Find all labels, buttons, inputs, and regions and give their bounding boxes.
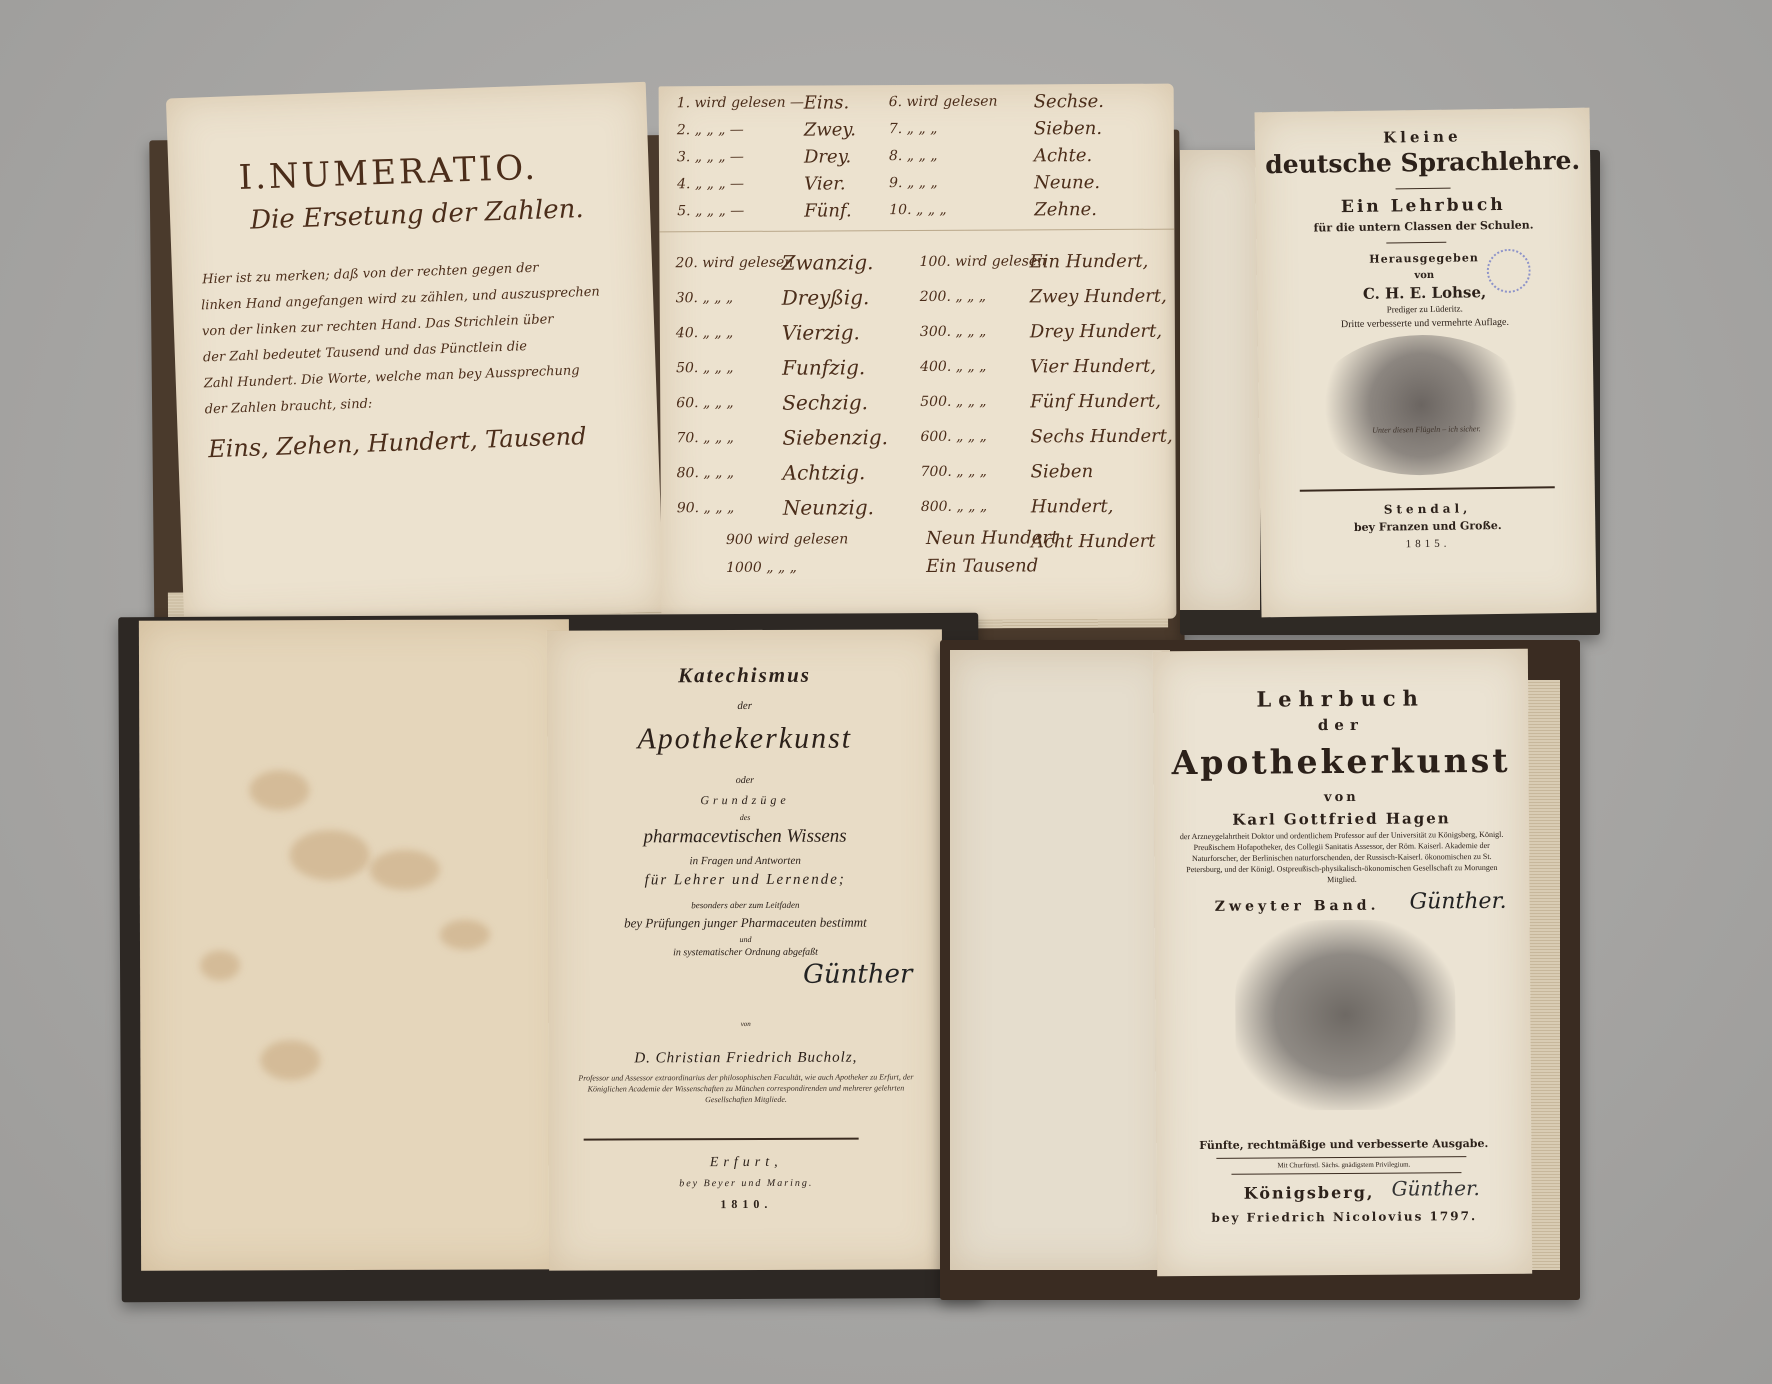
sprachlehre-title-page: Kleine deutsche Sprachlehre. Ein Lehrbuc… (1254, 108, 1596, 618)
rule (1386, 242, 1446, 244)
num-word: Vier Hundert, (1030, 349, 1175, 385)
num-word: Zwey Hundert, (1030, 279, 1175, 315)
katechismus-ordnung: in systematischer Ordnung abgefaßt (548, 946, 943, 958)
lehrbuch-publisher-year: bey Friedrich Nicolovius 1797. (1157, 1209, 1532, 1226)
katechismus-title-page: Katechismus der Apothekerkunst oder Grun… (547, 629, 944, 1270)
sprachlehre-von: von (1257, 268, 1592, 284)
lehrbuch-von: von (1154, 789, 1529, 807)
num-label: 6. wird gelesen (889, 89, 998, 117)
sprachlehre-edited: Herausgegeben (1256, 250, 1591, 268)
gunther-signature: Günther (803, 959, 912, 989)
num-label: 70. „ „ „ (676, 421, 794, 457)
katechismus-author: D. Christian Friedrich Bucholz, (548, 1049, 943, 1067)
num-word: Neunzig. (783, 490, 889, 526)
num-label: 200. „ „ „ (920, 279, 1047, 315)
num-label: 1000 „ „ „ (726, 553, 848, 582)
num-word: Zehne. (1034, 196, 1104, 223)
tens-numbers: 20. wird gelesen 30. „ „ „ 40. „ „ „ 50.… (675, 246, 794, 527)
num-word: Achte. (1034, 142, 1104, 169)
num-word: Ein Tausend (926, 552, 1058, 581)
lehrbuch-author-desc: der Arzneygelahrtheit Doktor und ordentl… (1154, 829, 1529, 887)
lehrbuch-edition: Fünfte, rechtmäßige und verbesserte Ausg… (1156, 1137, 1531, 1153)
katechismus-title: Katechismus (547, 662, 942, 688)
lehrbuch-title: Lehrbuch (1153, 685, 1528, 713)
num-label: 600. „ „ „ (920, 419, 1047, 455)
manuscript-body-line: der Zahlen braucht, sind: (205, 397, 373, 418)
num-label: 60. „ „ „ (676, 386, 794, 422)
foxing-stain (290, 830, 370, 880)
katechismus-flyleaf (139, 619, 571, 1270)
katechismus-besonders: besonders aber zum Leitfaden (548, 899, 943, 910)
num-word: Ein Hundert, (1029, 244, 1174, 280)
gunther-signature: Günther. (1409, 889, 1506, 915)
num-word: Vier. (804, 170, 856, 197)
num-label: 40. „ „ „ (676, 316, 794, 352)
units2-numbers: 6. wird gelesen 7. „ „ „ 8. „ „ „ 9. „ „… (889, 89, 999, 225)
num-word: Neune. (1034, 169, 1104, 196)
num-label: 100. wird gelesen (919, 244, 1046, 280)
num-word: Eins. (804, 89, 856, 116)
tens-words: Zwanzig. Dreyßig. Vierzig. Funfzig. Sech… (781, 245, 888, 526)
katechismus-pruefungen: bey Prüfungen junger Pharmaceuten bestim… (548, 914, 943, 931)
eagle-vignette-image (1313, 334, 1530, 477)
sprachlehre-author-role: Prediger zu Lüderitz. (1257, 302, 1592, 317)
num-label: 900 wird gelesen (726, 525, 848, 554)
katechismus-year: 1810. (549, 1196, 944, 1212)
sprachlehre-left-leaf (1180, 150, 1260, 610)
num-label: 2. „ „ „ — (677, 117, 804, 145)
manuscript-key-words: Eins, Zehen, Hundert, Tausend (208, 422, 587, 463)
num-word: Achtzig. (783, 455, 889, 491)
num-word: Neun Hundert (926, 524, 1058, 553)
sprachlehre-title: deutsche Sprachlehre. (1255, 146, 1590, 180)
rule (1216, 1156, 1466, 1159)
num-word: Drey Hundert, (1030, 314, 1175, 350)
num-label: 50. „ „ „ (676, 351, 794, 387)
manuscript-body-line: Hier ist zu merken; daß von der rechten … (202, 261, 539, 288)
num-label: 10. „ „ „ (889, 197, 998, 225)
units-numbers: 1. wird gelesen — 2. „ „ „ — 3. „ „ „ — … (677, 90, 805, 226)
manuscript-body-line: von der linken zur rechten Hand. Das Str… (202, 312, 554, 339)
gunther-signature-2: Günther. (1391, 1176, 1479, 1201)
sprachlehre-subtitle: Ein Lehrbuch (1256, 194, 1591, 219)
manuscript-right-page: 1. wird gelesen — 2. „ „ „ — 3. „ „ „ — … (659, 84, 1177, 622)
foxing-stain (200, 950, 240, 980)
katechismus-grundzuege: Grundzüge (547, 792, 942, 808)
num-word: Drey. (804, 143, 856, 170)
num-word: Zwanzig. (781, 245, 887, 281)
katechismus-city: Erfurt, (549, 1154, 944, 1171)
sprachlehre-line1: Kleine (1255, 126, 1590, 149)
katechismus-publisher: bey Beyer und Maring. (549, 1177, 944, 1189)
units-words: Eins. Zwey. Drey. Vier. Fünf. (804, 89, 857, 224)
extra-words: Neun Hundert Ein Tausend (926, 524, 1059, 581)
sprachlehre-author: C. H. E. Lohse, (1257, 282, 1592, 305)
katechismus-oder: oder (547, 774, 942, 786)
sprachlehre-publisher: bey Franzen und Große. (1260, 518, 1595, 536)
num-word: Siebenzig. (782, 420, 888, 456)
sprachlehre-city: Stendal, (1260, 500, 1595, 519)
lehrbuch-der: der (1153, 715, 1528, 736)
num-word: Zwey. (804, 116, 856, 143)
num-word: Sechs Hundert, (1030, 419, 1175, 455)
num-label: 700. „ „ „ (921, 454, 1048, 490)
katechismus-der: der (547, 699, 942, 712)
rule (1396, 188, 1451, 190)
rule (1231, 1172, 1461, 1175)
num-label: 80. „ „ „ (677, 456, 795, 492)
num-word: Fünf Hundert, (1030, 384, 1175, 420)
num-label: 20. wird gelesen (675, 246, 793, 282)
katechismus-fuer: für Lehrer und Lernende; (548, 871, 943, 889)
katechismus-author-desc: Professor und Assessor extraordinarius d… (548, 1071, 943, 1105)
lehrbuch-title2: Apothekerkunst (1153, 741, 1528, 783)
hundreds-words: Ein Hundert, Zwey Hundert, Drey Hundert,… (1029, 244, 1176, 560)
num-label: 4. „ „ „ — (677, 171, 804, 199)
manuscript-body-line: der Zahl bedeutet Tausend und das Pünctl… (203, 339, 528, 365)
num-word: Fünf. (804, 197, 856, 224)
num-word: Funfzig. (782, 350, 888, 386)
sprachlehre-for: für die untern Classen der Schulen. (1256, 218, 1591, 236)
num-word: Sechzig. (782, 385, 888, 421)
num-label: 3. „ „ „ — (677, 144, 804, 172)
page-divider (659, 229, 1174, 233)
manuscript-subtitle: Die Ersetung der Zahlen. (250, 194, 584, 236)
ornament-rule (584, 1138, 859, 1141)
katechismus-fragen: in Fragen und Antworten (548, 854, 943, 867)
lehrbuch-blank-leaf (950, 650, 1170, 1270)
sprachlehre-year: 1815. (1260, 536, 1595, 553)
lehrbuch-privilege: Mit Churfürstl. Sächs. gnädigstem Privil… (1156, 1160, 1531, 1171)
katechismus-des: des (548, 812, 943, 822)
lehrbuch-title-page: Lehrbuch der Apothekerkunst von Karl Got… (1153, 649, 1532, 1277)
manuscript-left-page: I.NUMERATIO. Die Ersetung der Zahlen. Hi… (166, 82, 664, 628)
num-label: 500. „ „ „ (920, 384, 1047, 420)
manuscript-body-line: linken Hand angefangen wird zu zählen, u… (201, 285, 600, 314)
manuscript-title: I.NUMERATIO. (238, 148, 539, 198)
hundreds-numbers: 100. wird gelesen 200. „ „ „ 300. „ „ „ … (919, 244, 1047, 525)
num-label: 300. „ „ „ (920, 314, 1047, 350)
foxing-stain (370, 850, 440, 890)
num-label: 800. „ „ „ (921, 489, 1048, 525)
units2-words: Sechse. Sieben. Achte. Neune. Zehne. (1034, 88, 1105, 223)
lehrbuch-author: Karl Gottfried Hagen (1154, 809, 1529, 830)
num-word: Sieben Hundert, (1031, 454, 1176, 525)
num-label: 1. wird gelesen — (677, 90, 804, 118)
num-label: 9. „ „ „ (889, 170, 998, 198)
num-label: 90. „ „ „ (677, 491, 795, 527)
katechismus-und: und (548, 934, 943, 944)
foxing-stain (249, 770, 309, 810)
num-word: Vierzig. (782, 315, 888, 351)
num-label: 8. „ „ „ (889, 143, 998, 171)
rule (1300, 486, 1555, 492)
manuscript-body-line: Zahl Hundert. Die Worte, welche man bey … (204, 363, 580, 391)
laboratory-vignette-image (1235, 919, 1456, 1111)
foxing-stain (260, 1040, 320, 1080)
katechismus-vom: von (548, 1019, 943, 1028)
katechismus-title2: Apothekerkunst (547, 721, 942, 756)
extra-numbers: 900 wird gelesen 1000 „ „ „ (726, 525, 849, 582)
num-label: 5. „ „ „ — (677, 198, 804, 226)
num-label: 7. „ „ „ (889, 116, 998, 144)
num-word: Sechse. (1034, 88, 1104, 115)
katechismus-wissens: pharmacevtischen Wissens (548, 825, 943, 848)
foxing-stain (440, 920, 490, 950)
num-label: 400. „ „ „ (920, 349, 1047, 385)
num-label: 30. „ „ „ (676, 281, 794, 317)
sprachlehre-edition: Dritte verbesserte und vermehrte Auflage… (1257, 316, 1592, 332)
num-word: Dreyßig. (782, 280, 888, 316)
num-word: Sieben. (1034, 115, 1104, 142)
